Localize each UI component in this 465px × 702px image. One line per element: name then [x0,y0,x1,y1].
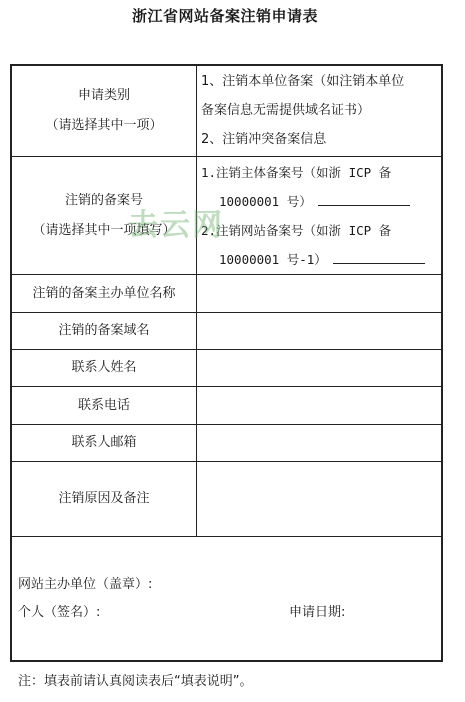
record-number-options: 1.注销主体备案号（如浙 ICP 备 10000001 号） 2.注销网站备案号… [197,157,441,274]
contact-email-field[interactable] [197,425,441,461]
record-number-label-hint: （请选择其中一项填写） [32,216,175,246]
record-option-2-cont: 10000001 号-1） [201,245,437,274]
category-label-title: 申请类别 [78,81,130,111]
apply-date-label: 申请日期: [289,599,345,627]
record-option-1-cont: 10000001 号） [201,187,437,216]
signature-area: 网站主办单位（盖章）: 个人（签名）: 申请日期: [18,571,441,627]
row-contact-name: 联系人姓名 [12,350,441,387]
row-record-number: 注销的备案号 （请选择其中一项填写） 1.注销主体备案号（如浙 ICP 备 10… [12,157,441,275]
contact-phone-label: 联系电话 [12,387,197,424]
personal-sign-label: 个人（签名）: [18,605,100,620]
record-number-label: 注销的备案号 （请选择其中一项填写） [12,157,197,274]
reason-field[interactable] [197,462,441,536]
footnote: 注：填表前请认真阅读表后“填表说明”。 [18,670,252,689]
row-signature: 网站主办单位（盖章）: 个人（签名）: 申请日期: [12,537,441,662]
organizer-name-label: 注销的备案主办单位名称 [12,275,197,312]
reason-label: 注销原因及备注 [12,462,197,536]
category-label-hint: （请选择其中一项） [45,111,162,141]
domain-label: 注销的备案域名 [12,313,197,349]
application-form-table: 申请类别 （请选择其中一项） 1、注销本单位备案（如注销本单位 备案信息无需提供… [10,64,443,662]
category-option-1-cont: 备案信息无需提供域名证书） [201,96,437,125]
contact-name-label: 联系人姓名 [12,350,197,386]
category-options: 1、注销本单位备案（如注销本单位 备案信息无需提供域名证书） 2、注销冲突备案信… [197,66,441,156]
row-organizer-name: 注销的备案主办单位名称 [12,275,441,313]
record-option-1-example: 10000001 号） [219,194,312,209]
row-category: 申请类别 （请选择其中一项） 1、注销本单位备案（如注销本单位 备案信息无需提供… [12,66,441,157]
personal-sign-line: 个人（签名）: 申请日期: [18,599,441,627]
contact-phone-field[interactable] [197,387,441,424]
category-option-2[interactable]: 2、注销冲突备案信息 [201,125,437,154]
row-contact-email: 联系人邮箱 [12,425,441,462]
domain-field[interactable] [197,313,441,349]
record-option-1: 1.注销主体备案号（如浙 ICP 备 [201,158,437,187]
record-number-label-title: 注销的备案号 [65,186,143,216]
organizer-seal-label: 网站主办单位（盖章）: [18,577,152,592]
contact-email-label: 联系人邮箱 [12,425,197,461]
row-contact-phone: 联系电话 [12,387,441,425]
form-title: 浙江省网站备案注销申请表 [0,5,450,26]
organizer-name-field[interactable] [197,275,441,312]
record-option-2: 2.注销网站备案号（如浙 ICP 备 [201,216,437,245]
row-reason: 注销原因及备注 [12,462,441,537]
category-option-1[interactable]: 1、注销本单位备案（如注销本单位 [201,67,437,96]
contact-name-field[interactable] [197,350,441,386]
record-option-2-example: 10000001 号-1） [219,252,327,267]
category-label: 申请类别 （请选择其中一项） [12,66,197,156]
subject-record-number-input[interactable] [318,193,410,206]
organizer-seal-line: 网站主办单位（盖章）: [18,571,441,599]
row-domain: 注销的备案域名 [12,313,441,350]
website-record-number-input[interactable] [333,251,425,264]
